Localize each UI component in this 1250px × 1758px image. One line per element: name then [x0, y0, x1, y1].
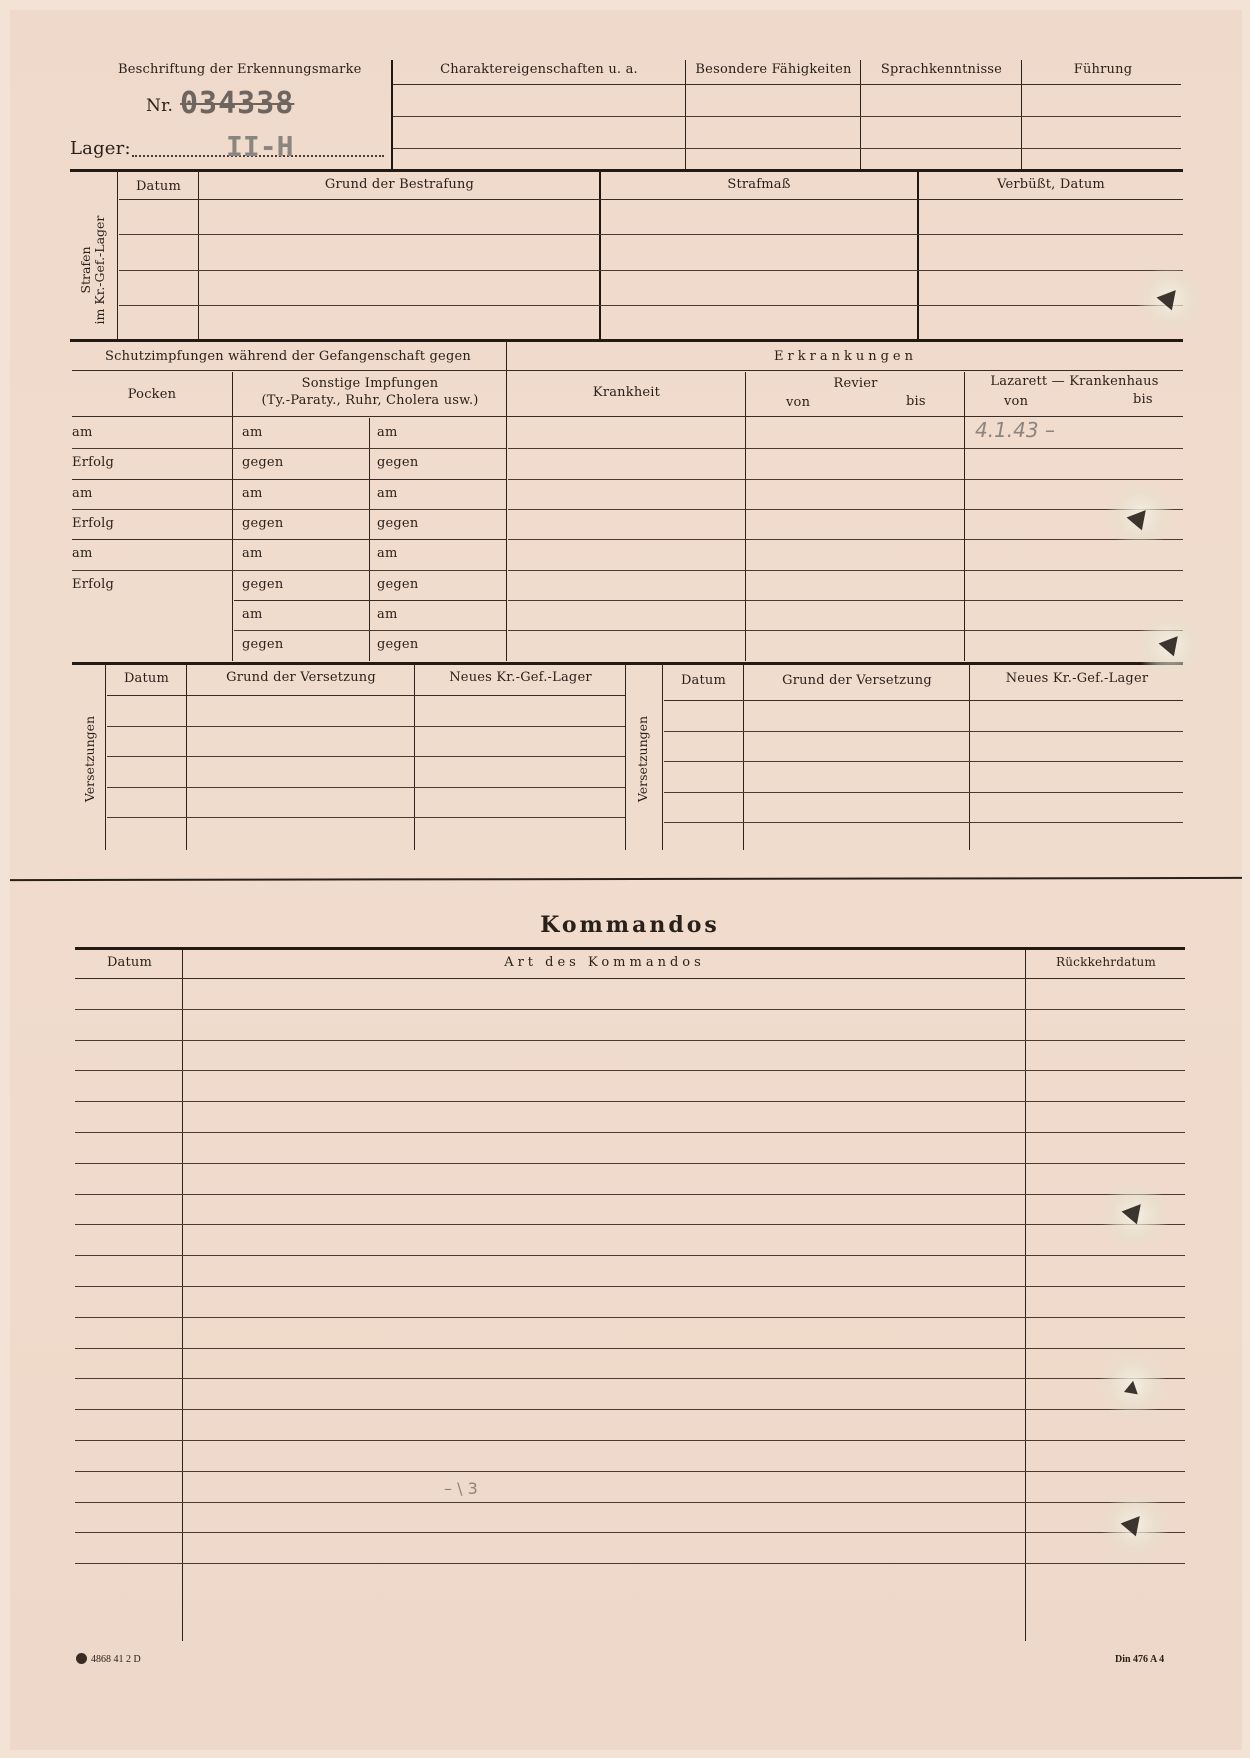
row-divider [234, 630, 506, 631]
col-sonstige-2: (Ty.-Paraty., Ruhr, Cholera usw.) [234, 393, 506, 408]
kommandos-col-art: Art des Kommandos [184, 955, 1025, 970]
lazarett-bis: bis [1133, 392, 1153, 407]
din-label: Din 476 A 4 [1115, 1654, 1164, 1665]
versetzungen-right-rows[interactable] [664, 702, 1182, 850]
strafen-col-strafmass: Strafmaß [601, 177, 917, 192]
faehigkeiten-field[interactable] [687, 86, 859, 168]
sprachen-field[interactable] [862, 86, 1020, 168]
col-faehigkeiten: Besondere Fähigkeiten [687, 62, 860, 77]
kommandos-col-datum: Datum [77, 955, 182, 970]
impfung-field[interactable] [72, 419, 504, 447]
col-charakter: Charaktereigenschaften u. a. [393, 62, 685, 77]
lazarett-von: von [1004, 394, 1028, 409]
versetzungen-side-label-right: Versetzungen [636, 709, 650, 809]
impfung-field[interactable] [72, 480, 504, 508]
kommandos-col-rueckkehr: Rückkehrdatum [1027, 955, 1185, 969]
printer-logo-icon [76, 1653, 87, 1664]
strafen-col-datum: Datum [119, 179, 198, 194]
kommandos-rows[interactable] [77, 980, 1183, 1630]
strafen-side-label: Strafen im Kr.-Gef.-Lager [79, 205, 107, 335]
charakter-field[interactable] [393, 86, 684, 168]
col-sonstige-1: Sonstige Impfungen [234, 376, 506, 391]
versetzungen-side-label-left: Versetzungen [83, 709, 97, 809]
strafen-col-grund: Grund der Bestrafung [200, 177, 599, 192]
lager-label: Lager: [70, 138, 131, 159]
divider [685, 60, 686, 170]
sonstige-row-label-b: gegen [377, 637, 418, 652]
vers-left-col-lager: Neues Kr.-Gef.-Lager [416, 670, 625, 685]
punch-hole-icon [1124, 1380, 1140, 1395]
nr-value[interactable]: 034338 [180, 86, 294, 121]
kommandos-title: Kommandos [420, 912, 840, 938]
vers-left-col-grund: Grund der Versetzung [188, 670, 414, 685]
impfung-field[interactable] [72, 449, 504, 477]
lager-value[interactable]: II-H [226, 130, 293, 163]
col-sprachen: Sprachkenntnisse [862, 62, 1021, 77]
col-krankheit: Krankheit [508, 385, 745, 400]
impfung-field[interactable] [72, 540, 504, 568]
vers-left-col-datum: Datum [107, 671, 186, 686]
revier-von: von [786, 395, 810, 410]
nr-label: Nr. [146, 96, 173, 116]
pocken-row-label: Erfolg [72, 577, 114, 592]
strafen-rows[interactable] [119, 201, 1181, 337]
impfungen-title: Schutzimpfungen während der Gefangenscha… [72, 349, 504, 364]
kommandos-handwritten-mark: – \ 3 [444, 1479, 478, 1498]
sonstige-row-label-a: gegen [242, 637, 283, 652]
id-section-title: Beschriftung der Erkennungsmarke [118, 62, 362, 77]
divider [1021, 60, 1022, 170]
col-pocken: Pocken [72, 387, 232, 402]
divider [860, 60, 861, 170]
col-lazarett: Lazarett — Krankenhaus [966, 374, 1183, 389]
fuehrung-field[interactable] [1023, 86, 1181, 168]
vers-right-col-grund: Grund der Versetzung [745, 673, 969, 688]
print-code: 4868 41 2 D [76, 1653, 141, 1665]
erkrankungen-rows[interactable] [508, 418, 1183, 661]
strafen-col-verbuesst: Verbüßt, Datum [919, 177, 1183, 192]
col-fuehrung: Führung [1023, 62, 1183, 77]
erkrankungen-title: Erkrankungen [508, 349, 1183, 364]
impfung-field[interactable] [72, 510, 504, 538]
revier-bis: bis [906, 394, 926, 409]
vers-right-col-datum: Datum [664, 673, 743, 688]
impfung-field[interactable] [234, 601, 504, 629]
col-revier: Revier [747, 376, 964, 391]
versetzungen-left-rows[interactable] [107, 697, 624, 849]
